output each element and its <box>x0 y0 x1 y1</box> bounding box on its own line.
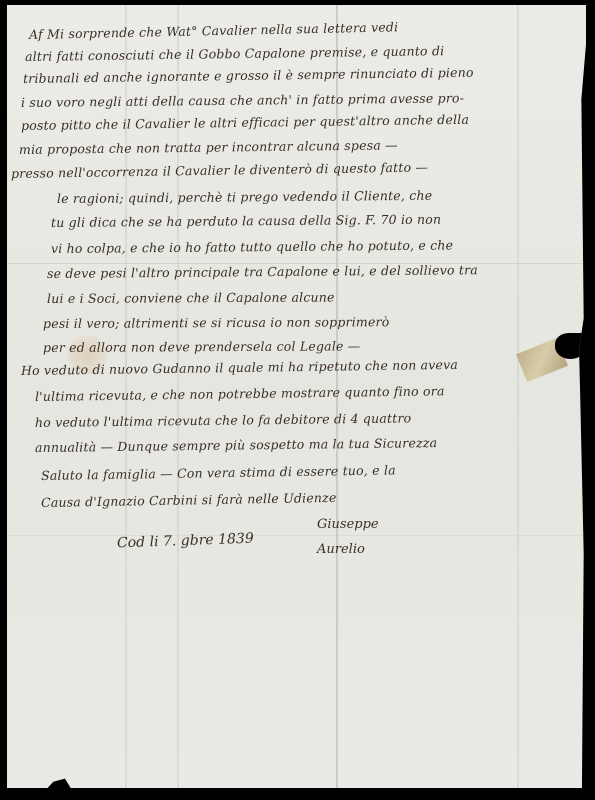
text-line: altri fatti conosciuti che il Gobbo Capa… <box>25 43 445 64</box>
text-line: Af Mi sorprende che Wat° Cavalier nella … <box>29 19 399 42</box>
text-line: tu gli dica che se ha perduto la causa d… <box>51 212 441 230</box>
text-line: posto pitto che il Cavalier le altri eff… <box>21 112 469 133</box>
signature-line-1: Giuseppe <box>317 517 379 532</box>
text-line: pesi il vero; altrimenti se si ricusa io… <box>43 314 390 331</box>
text-line: lui e i Soci, conviene che il Capalone a… <box>47 289 335 306</box>
signature-line-2: Aurelio <box>317 542 365 557</box>
text-line: vi ho colpa, e che io ho fatto tutto que… <box>51 237 453 256</box>
text-line: presso nell'occorrenza il Cavalier le di… <box>11 159 428 181</box>
letter-body: Af Mi sorprende che Wat° Cavalier nella … <box>7 5 586 788</box>
text-line: mia proposta che non tratta per incontra… <box>19 137 398 157</box>
text-line: se deve pesi l'altro principale tra Capa… <box>47 262 478 281</box>
text-line: Saluto la famiglia — Con vera stima di e… <box>41 462 396 483</box>
text-line: ho veduto l'ultima ricevuta che lo fa de… <box>35 410 411 430</box>
text-line: Causa d'Ignazio Carbini si farà nelle Ud… <box>41 490 337 510</box>
text-line: l'ultima ricevuta, e che non potrebbe mo… <box>35 383 445 404</box>
text-line: per ed allora non deve prendersela col L… <box>43 338 361 355</box>
text-line: Ho veduto di nuovo Gudanno il quale mi h… <box>21 357 458 378</box>
letter-page: Af Mi sorprende che Wat° Cavalier nella … <box>7 5 586 788</box>
text-line: tribunali ed anche ignorante e grosso il… <box>23 65 474 86</box>
text-line: i suo voro negli atti della causa che an… <box>21 90 464 110</box>
text-line: le ragioni; quindi, perchè ti prego vede… <box>57 188 432 206</box>
text-line: annualità — Dunque sempre più sospetto m… <box>35 435 437 455</box>
